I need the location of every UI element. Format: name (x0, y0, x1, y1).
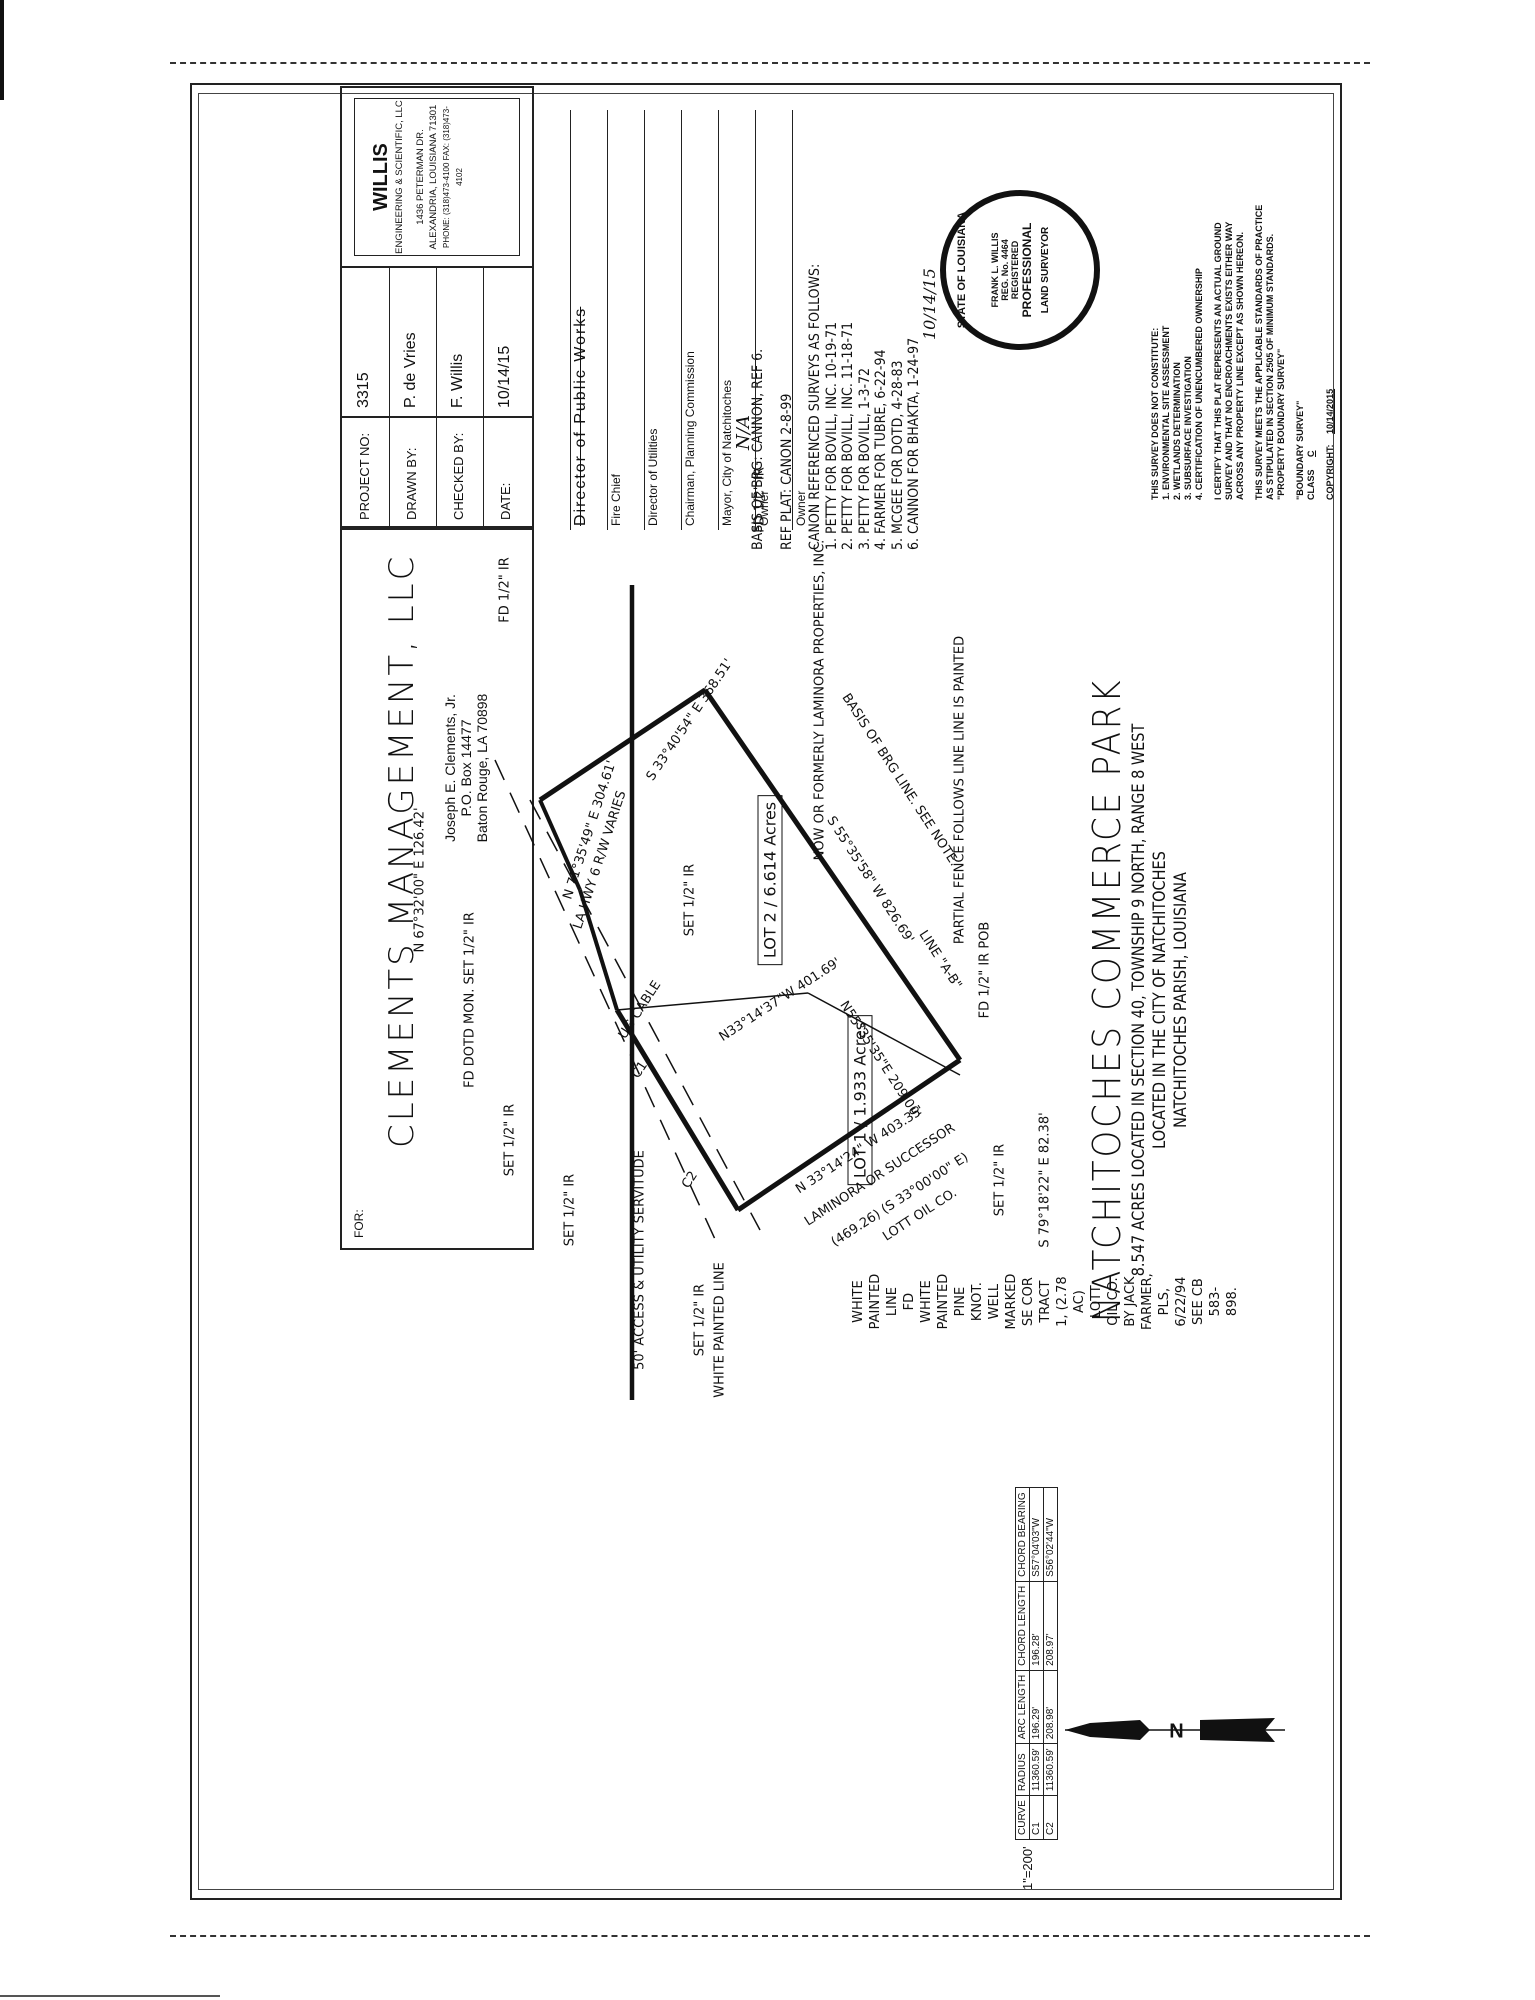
cut-line-bottom (170, 1935, 1370, 1937)
scan-edge-mark (0, 0, 4, 100)
cut-line-top (170, 62, 1370, 64)
survey-sheet: NATCHITOCHES COMMERCE PARK 8.547 ACRES L… (190, 85, 1340, 1900)
scan-edge-bottom (0, 1995, 220, 1997)
plat-boundaries (190, 85, 1340, 1900)
